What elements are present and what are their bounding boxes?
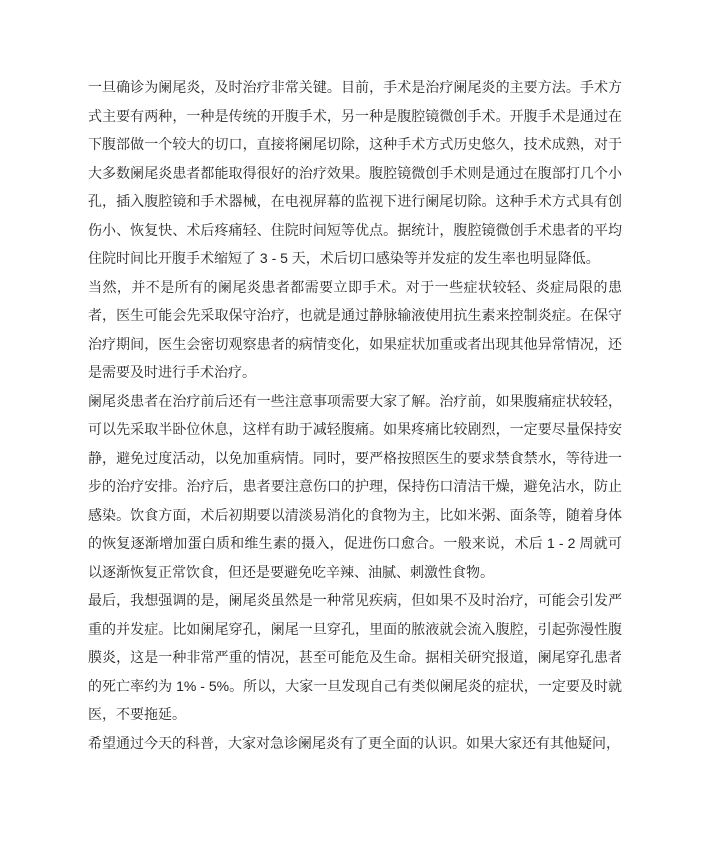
paragraph-closing: 希望通过今天的科普，大家对急诊阑尾炎有了更全面的认识。如果大家还有其他疑问， [88, 729, 622, 758]
document-page: 一旦确诊为阑尾炎，及时治疗非常关键。目前，手术是治疗阑尾炎的主要方法。手术方式主… [0, 0, 708, 841]
paragraph-care-instructions: 阑尾炎患者在治疗前后还有一些注意事项需要大家了解。治疗前，如果腹痛症状较轻，可以… [88, 387, 622, 587]
paragraph-treatment-surgery: 一旦确诊为阑尾炎，及时治疗非常关键。目前，手术是治疗阑尾炎的主要方法。手术方式主… [88, 73, 622, 273]
paragraph-complications-warning: 最后，我想强调的是，阑尾炎虽然是一种常见疾病，但如果不及时治疗，可能会引发严重的… [88, 586, 622, 729]
paragraph-conservative-treatment: 当然，并不是所有的阑尾炎患者都需要立即手术。对于一些症状较轻、炎症局限的患者，医… [88, 273, 622, 387]
article-body: 一旦确诊为阑尾炎，及时治疗非常关键。目前，手术是治疗阑尾炎的主要方法。手术方式主… [88, 73, 622, 757]
